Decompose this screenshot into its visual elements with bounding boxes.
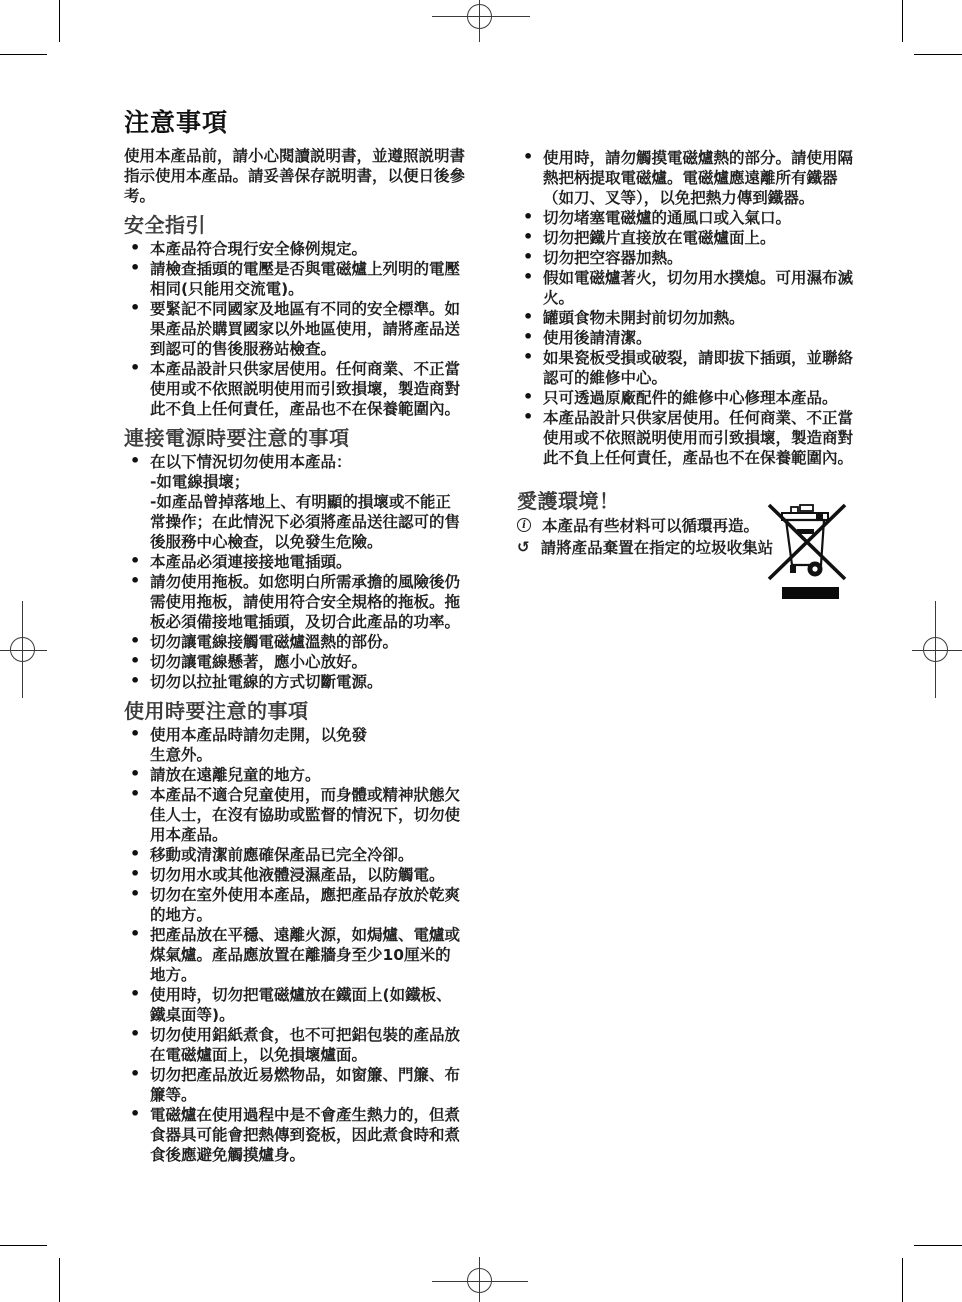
right-column: 使用時，請勿觸摸電磁爐熱的部分。請使用隔熱把柄提取電磁爐。電磁爐應遠離所有鐵器（…: [517, 147, 858, 557]
crop-mark-bottom-right-h: [914, 1245, 962, 1246]
bullet-item: 切勿用水或其他液體浸濕產品，以防觸電。: [124, 865, 465, 885]
section-heading-usage: 使用時要注意的事項: [124, 700, 465, 723]
crop-mark-bottom-left-h: [0, 1245, 47, 1246]
page-title: 注意事項: [124, 106, 465, 140]
bullet-item: 本產品設計只供家居使用。任何商業、不正當使用或不依照説明使用而引致損壞，製造商對…: [124, 359, 465, 419]
crop-mark-bottom-right-v: [902, 1258, 903, 1302]
bullet-item: 切勿把產品放近易燃物品，如窗簾、門簾、布簾等。: [124, 1065, 465, 1105]
section-heading-power: 連接電源時要注意的事項: [124, 427, 465, 450]
bullet-item: 請勿使用拖板。如您明白所需承擔的風險後仍需使用拖板，請使用符合安全規格的拖板。拖…: [124, 572, 465, 632]
left-column: 注意事項 使用本產品前，請小心閱讀説明書，並遵照説明書指示使用本產品。請妥善保存…: [124, 106, 465, 1165]
safety-bullet-list: 本產品符合現行安全條例規定。 請檢查插頭的電壓是否與電磁爐上列明的電壓相同(只能…: [124, 239, 465, 419]
bullet-item: 使用本產品時請勿走開，以免發 生意外。: [124, 725, 465, 765]
bullet-item: 切勿使用鋁紙煮食，也不可把鋁包裝的產品放在電磁爐面上，以免損壞爐面。: [124, 1025, 465, 1065]
bullet-item: 使用時，切勿把電磁爐放在鐵面上(如鐵板、鐵桌面等)。: [124, 985, 465, 1025]
weee-crossed-bin-icon: [766, 499, 848, 587]
intro-paragraph: 使用本產品前，請小心閱讀説明書，並遵照説明書指示使用本產品。請妥善保存説明書，以…: [124, 146, 465, 206]
bullet-item: 移動或清潔前應確保產品已完全冷卻。: [124, 845, 465, 865]
bullet-item: 只可透過原廠配件的維修中心修理本產品。: [517, 388, 858, 408]
recycle-arrow-icon: ↺: [517, 539, 530, 555]
bullet-item: 本產品符合現行安全條例規定。: [124, 239, 465, 259]
bullet-item: 請放在遠離兒童的地方。: [124, 765, 465, 785]
power-bullet-list: 在以下情況切勿使用本產品： -如電線損壞； -如產品曾掉落地上、有明顯的損壞或不…: [124, 452, 465, 692]
section-heading-safety: 安全指引: [124, 214, 465, 237]
bullet-item: 如果瓷板受損或破裂，請即拔下插頭，並聯絡認可的維修中心。: [517, 348, 858, 388]
bullet-item: 切勿讓電線懸著，應小心放好。: [124, 652, 465, 672]
crop-mark-top-right-h: [914, 54, 962, 55]
bullet-item: 本產品不適合兒童使用，而身體或精神狀態欠佳人士，在沒有協助或監督的情況下，切勿使…: [124, 785, 465, 845]
bullet-item: 切勿以拉扯電線的方式切斷電源。: [124, 672, 465, 692]
right-bullet-list: 使用時，請勿觸摸電磁爐熱的部分。請使用隔熱把柄提取電磁爐。電磁爐應遠離所有鐵器（…: [517, 148, 858, 468]
weee-black-bar: [782, 587, 839, 599]
bullet-item: 要緊記不同國家及地區有不同的安全標準。如果產品於購買國家以外地區使用，請將產品送…: [124, 299, 465, 359]
info-icon: i: [517, 518, 531, 532]
bullet-item: 請檢查插頭的電壓是否與電磁爐上列明的電壓相同(只能用交流電)。: [124, 259, 465, 299]
bullet-item: 假如電磁爐著火，切勿用水撲熄。可用濕布滅火。: [517, 268, 858, 308]
bullet-item: 使用時，請勿觸摸電磁爐熱的部分。請使用隔熱把柄提取電磁爐。電磁爐應遠離所有鐵器（…: [517, 148, 858, 208]
bullet-item: 切勿把空容器加熱。: [517, 248, 858, 268]
bullet-item: 切勿讓電線接觸電磁爐溫熱的部份。: [124, 632, 465, 652]
bullet-item: 使用後請清潔。: [517, 328, 858, 348]
bullet-item: 切勿堵塞電磁爐的通風口或入氣口。: [517, 208, 858, 228]
bullet-item: 把產品放在平穩、遠離火源，如焗爐、電爐或煤氣爐。產品應放置在離牆身至少10厘米的…: [124, 925, 465, 985]
bullet-item: 本產品必須連接接地電插頭。: [124, 552, 465, 572]
usage-bullet-list: 使用本產品時請勿走開，以免發 生意外。 請放在遠離兒童的地方。 本產品不適合兒童…: [124, 725, 465, 1165]
bullet-item: 在以下情況切勿使用本產品： -如電線損壞； -如產品曾掉落地上、有明顯的損壞或不…: [124, 452, 465, 552]
bullet-item: 電磁爐在使用過程中是不會產生熱力的，但煮食器具可能會把熱傳到瓷板，因此煮食時和煮…: [124, 1105, 465, 1165]
crop-mark-top-left-h: [0, 54, 47, 55]
bullet-item: 切勿在室外使用本產品，應把產品存放於乾爽的地方。: [124, 885, 465, 925]
crop-mark-bottom-left-v: [59, 1258, 60, 1302]
crop-mark-top-right-v: [902, 0, 903, 42]
bullet-item: 本產品設計只供家居使用。任何商業、不正當使用或不依照説明使用而引致損壞，製造商對…: [517, 408, 858, 468]
bullet-item: 切勿把鐵片直接放在電磁爐面上。: [517, 228, 858, 248]
crop-mark-top-left-v: [59, 0, 60, 42]
bullet-item: 罐頭食物未開封前切勿加熱。: [517, 308, 858, 328]
page: 注意事項 使用本產品前，請小心閱讀説明書，並遵照説明書指示使用本產品。請妥善保存…: [0, 0, 962, 1302]
